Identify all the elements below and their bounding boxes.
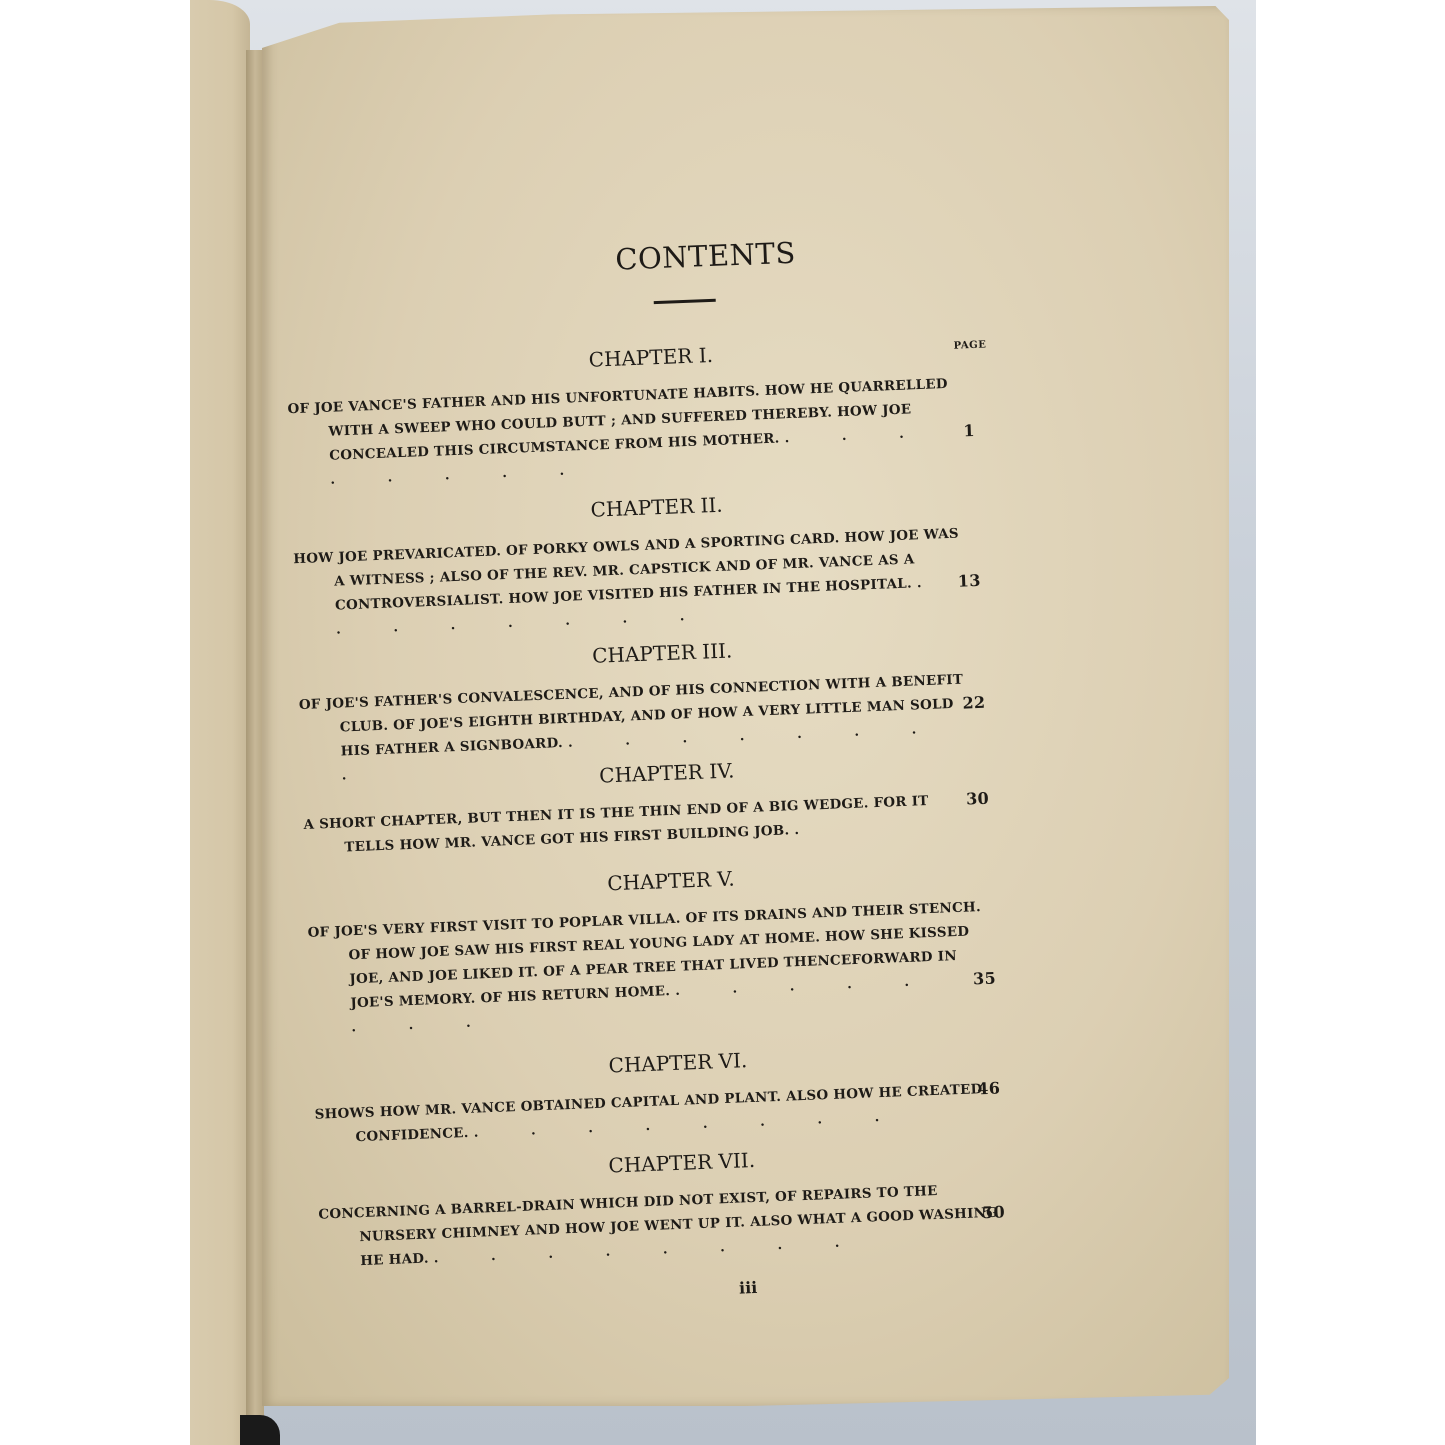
toc-entry-chapter-1: CHAPTER I. OF JOE VANCE'S FATHER AND HIS… bbox=[286, 331, 1021, 493]
page-number: 50 bbox=[982, 1200, 1006, 1225]
chapter-summary: SHOWS HOW MR. VANCE OBTAINED CAPITAL AND… bbox=[314, 1077, 995, 1151]
chapter-summary: HOW JOE PREVARICATED. OF PORKY OWLS AND … bbox=[293, 521, 976, 643]
page-number: 35 bbox=[973, 967, 997, 992]
chapter-summary: A SHORT CHAPTER, BUT THEN IT IS THE THIN… bbox=[303, 787, 984, 861]
dot-leaders: . bbox=[794, 821, 823, 838]
left-page-edge bbox=[190, 0, 250, 1445]
chapter-summary: CONCERNING A BARREL-DRAIN WHICH DID NOT … bbox=[318, 1177, 1000, 1275]
title-rule bbox=[654, 299, 716, 304]
book-gutter bbox=[246, 50, 264, 1420]
contents-page: CONTENTS PAGE CHAPTER I. OF JOE VANCE'S … bbox=[262, 6, 1229, 1406]
contents-block: CONTENTS PAGE CHAPTER I. OF JOE VANCE'S … bbox=[233, 0, 1253, 1424]
chapter-summary: OF JOE'S VERY FIRST VISIT TO POPLAR VILL… bbox=[307, 895, 991, 1041]
page-number: 22 bbox=[962, 691, 986, 716]
page-title: CONTENTS bbox=[202, 220, 1210, 293]
chapter-summary: OF JOE VANCE'S FATHER AND HIS UNFORTUNAT… bbox=[287, 371, 970, 493]
page-number: 30 bbox=[966, 787, 990, 812]
toc-entry-chapter-6: CHAPTER VI. SHOWS HOW MR. VANCE OBTAINED… bbox=[313, 1037, 1046, 1151]
toc-entry-chapter-2: CHAPTER II. HOW JOE PREVARICATED. OF POR… bbox=[291, 481, 1026, 643]
toc-entry-chapter-7: CHAPTER VII. CONCERNING A BARREL-DRAIN W… bbox=[317, 1137, 1051, 1275]
page-number: 46 bbox=[977, 1076, 1001, 1101]
page-number: 1 bbox=[963, 419, 975, 443]
photo-stage: CONTENTS PAGE CHAPTER I. OF JOE VANCE'S … bbox=[0, 0, 1445, 1445]
page-number: 13 bbox=[957, 569, 981, 594]
toc-entry-chapter-5: CHAPTER V. OF JOE'S VERY FIRST VISIT TO … bbox=[306, 855, 1042, 1041]
